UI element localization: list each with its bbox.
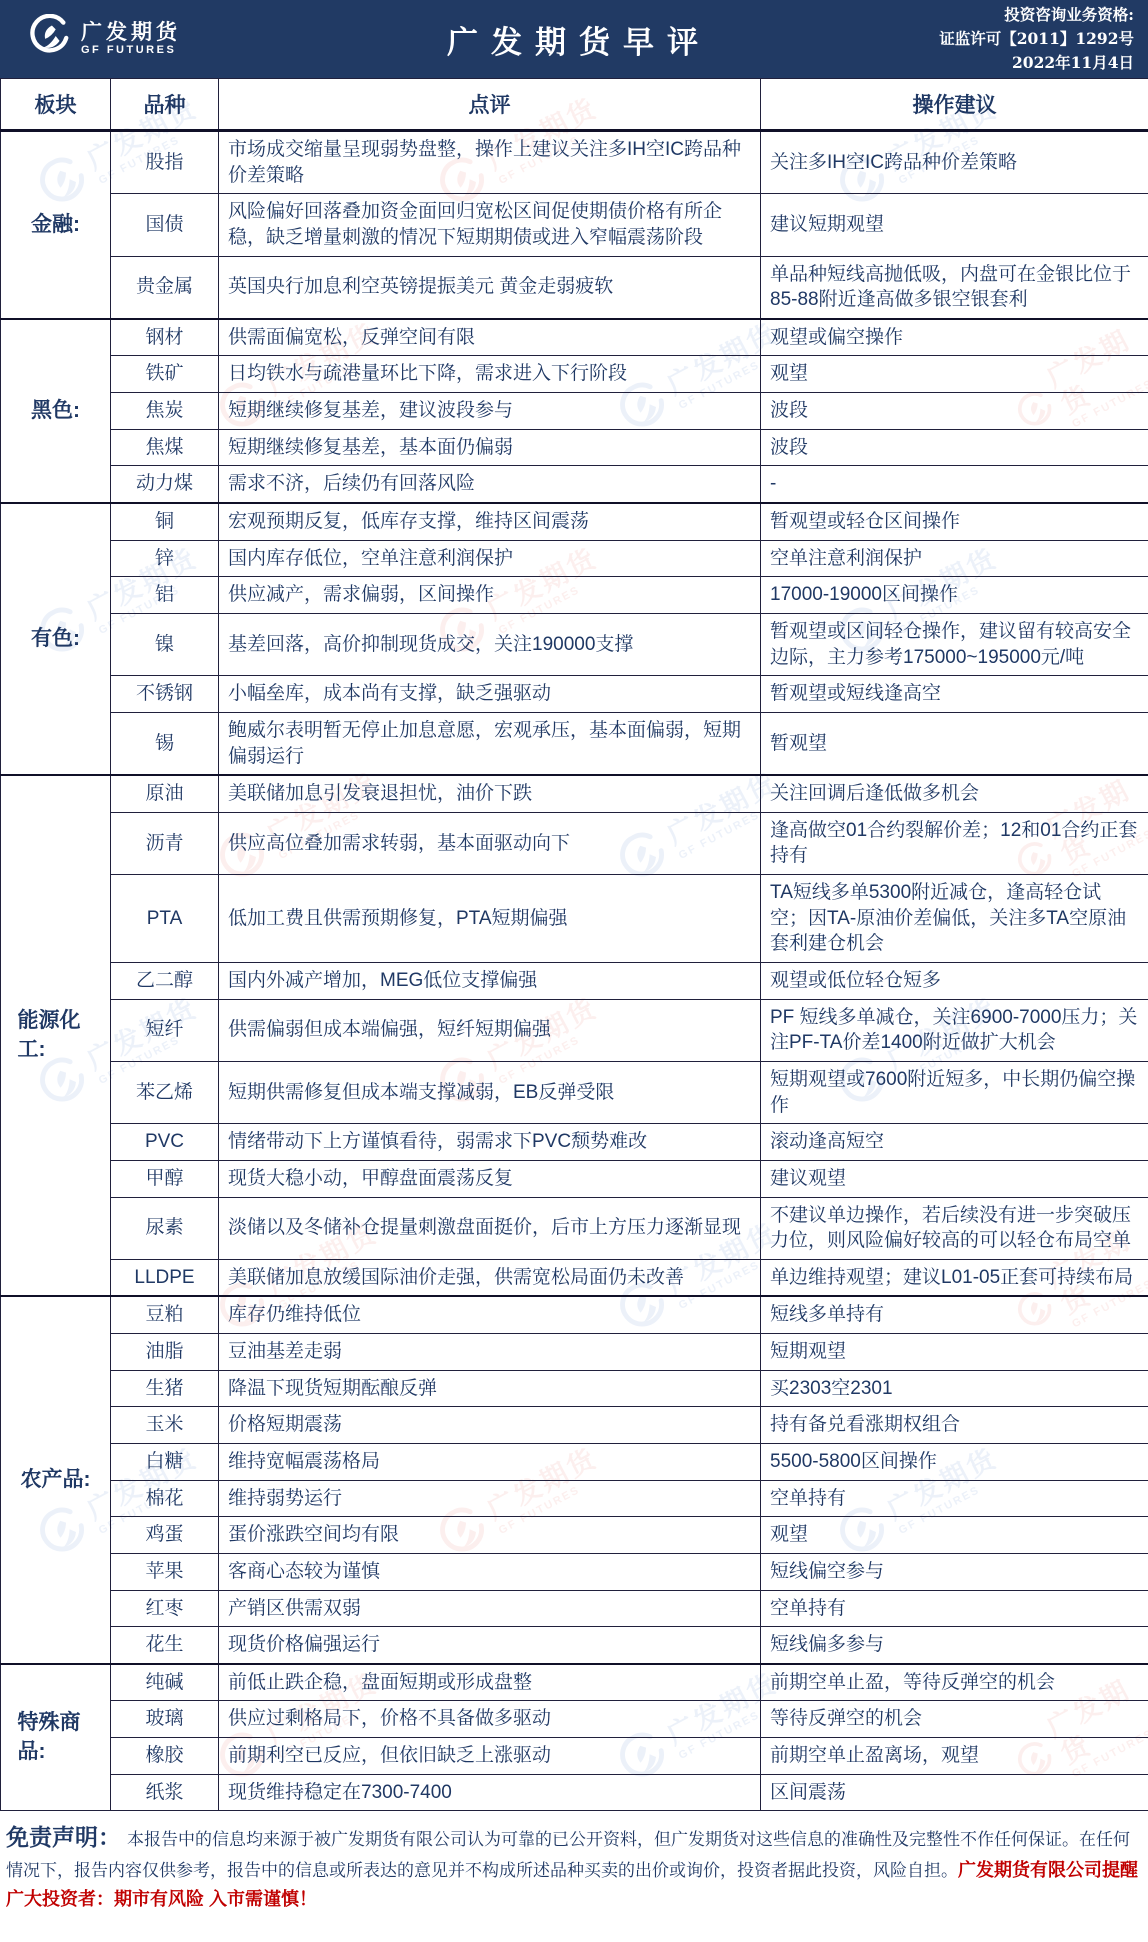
column-header-advice: 操作建议 [761, 79, 1148, 131]
advice-cell: 前期空单止盈离场，观望 [761, 1738, 1148, 1775]
comment-cell: 情绪带动下上方谨慎看待，弱需求下PVC颓势难改 [219, 1124, 761, 1161]
variety-cell: 鸡蛋 [111, 1517, 219, 1554]
variety-cell: 动力煤 [111, 466, 219, 503]
comment-cell: 客商心态较为谨慎 [219, 1553, 761, 1590]
table-row: 铝供应减产，需求偏弱，区间操作17000-19000区间操作 [1, 577, 1148, 614]
variety-cell: 纯碱 [111, 1664, 219, 1701]
advice-cell: 等待反弹空的机会 [761, 1701, 1148, 1738]
variety-cell: 不锈钢 [111, 676, 219, 713]
comment-cell: 需求不济，后续仍有回落风险 [219, 466, 761, 503]
advice-cell: TA短线多单5300附近减仓，逢高轻仓试空；因TA-原油价差偏低，关注多TA空原… [761, 875, 1148, 963]
advice-cell: 单品种短线高抛低吸，内盘可在金银比位于85-88附近逢高做多银空银套利 [761, 256, 1148, 319]
variety-cell: 股指 [111, 131, 219, 194]
variety-cell: 锌 [111, 540, 219, 577]
advice-cell: 5500-5800区间操作 [761, 1443, 1148, 1480]
variety-cell: 棉花 [111, 1480, 219, 1517]
variety-cell: 玉米 [111, 1407, 219, 1444]
comment-cell: 现货大稳小动，甲醇盘面震荡反复 [219, 1160, 761, 1197]
table-row: 镍基差回落，高价抑制现货成交，关注190000支撑暂观望或区间轻仓操作，建议留有… [1, 613, 1148, 675]
comment-cell: 豆油基差走弱 [219, 1334, 761, 1371]
brand-text: 广发期货 GF FUTURES [81, 21, 181, 57]
comment-cell: 美联储加息引发衰退担忧，油价下跌 [219, 775, 761, 812]
table-row: 沥青供应高位叠加需求转弱，基本面驱动向下逢高做空01合约裂解价差；12和01合约… [1, 812, 1148, 874]
variety-cell: 油脂 [111, 1334, 219, 1371]
table-row: 乙二醇国内外减产增加，MEG低位支撑偏强观望或低位轻仓短多 [1, 963, 1148, 1000]
table-row: 黑色:钢材供需面偏宽松，反弹空间有限观望或偏空操作 [1, 319, 1148, 356]
report-table-body: 金融:股指市场成交缩量呈现弱势盘整，操作上建议关注多IH空IC跨品种价差策略关注… [1, 131, 1148, 1811]
table-header-row: 板块 品种 点评 操作建议 [1, 79, 1148, 131]
variety-cell: 玻璃 [111, 1701, 219, 1738]
advice-cell: PF 短线多单减仓，关注6900-7000压力；关注PF-TA价差1400附近做… [761, 999, 1148, 1061]
table-row: 白糖维持宽幅震荡格局5500-5800区间操作 [1, 1443, 1148, 1480]
table-row: 甲醇现货大稳小动，甲醇盘面震荡反复建议观望 [1, 1160, 1148, 1197]
variety-cell: 甲醇 [111, 1160, 219, 1197]
comment-cell: 现货维持稳定在7300-7400 [219, 1774, 761, 1811]
comment-cell: 降温下现货短期酝酿反弹 [219, 1370, 761, 1407]
comment-cell: 维持弱势运行 [219, 1480, 761, 1517]
table-row: 能源化工:原油美联储加息引发衰退担忧，油价下跌关注回调后逢低做多机会 [1, 775, 1148, 812]
variety-cell: 豆粕 [111, 1296, 219, 1333]
comment-cell: 短期继续修复基差，建议波段参与 [219, 393, 761, 430]
advice-cell: 空单持有 [761, 1480, 1148, 1517]
table-header: 板块 品种 点评 操作建议 [1, 79, 1148, 131]
page-title: 广发期货早评 [300, 17, 848, 62]
sector-label: 金融: [1, 131, 111, 319]
advice-cell: 观望 [761, 356, 1148, 393]
variety-cell: 沥青 [111, 812, 219, 874]
comment-cell: 风险偏好回落叠加资金面回归宽松区间促使期债价格有所企稳，缺乏增量刺激的情况下短期… [219, 194, 761, 256]
advice-cell: 买2303空2301 [761, 1370, 1148, 1407]
variety-cell: LLDPE [111, 1259, 219, 1296]
sector-label: 农产品: [1, 1296, 111, 1663]
comment-cell: 现货价格偏强运行 [219, 1627, 761, 1664]
disclaimer-section: 免责声明：本报告中的信息均来源于被广发期货有限公司认为可靠的已公开资料，但广发期… [0, 1811, 1148, 1927]
advice-cell: 空单注意利润保护 [761, 540, 1148, 577]
comment-cell: 库存仍维持低位 [219, 1296, 761, 1333]
table-row: 苯乙烯短期供需修复但成本端支撑减弱，EB反弹受限短期观望或7600附近短多，中长… [1, 1061, 1148, 1123]
advice-cell: 短期观望或7600附近短多，中长期仍偏空操作 [761, 1061, 1148, 1123]
report-table: 板块 品种 点评 操作建议 金融:股指市场成交缩量呈现弱势盘整，操作上建议关注多… [0, 78, 1148, 1811]
variety-cell: 乙二醇 [111, 963, 219, 1000]
column-header-comment: 点评 [219, 79, 761, 131]
top-banner: 广发期货 GF FUTURES 广发期货早评 投资咨询业务资格: 证监许可【20… [0, 0, 1148, 78]
variety-cell: 红枣 [111, 1590, 219, 1627]
variety-cell: 焦煤 [111, 429, 219, 466]
advice-cell: 短期观望 [761, 1334, 1148, 1371]
advice-cell: 空单持有 [761, 1590, 1148, 1627]
advice-cell: 关注回调后逢低做多机会 [761, 775, 1148, 812]
table-row: 不锈钢小幅垒库，成本尚有支撑，缺乏强驱动暂观望或短线逢高空 [1, 676, 1148, 713]
table-row: 焦煤短期继续修复基差，基本面仍偏弱波段 [1, 429, 1148, 466]
table-row: PVC情绪带动下上方谨慎看待，弱需求下PVC颓势难改滚动逢高短空 [1, 1124, 1148, 1161]
advice-cell: 单边维持观望；建议L01-05正套可持续布局 [761, 1259, 1148, 1296]
variety-cell: 锡 [111, 712, 219, 775]
comment-cell: 前期利空已反应，但依旧缺乏上涨驱动 [219, 1738, 761, 1775]
comment-cell: 蛋价涨跌空间均有限 [219, 1517, 761, 1554]
table-row: 花生现货价格偏强运行短线偏多参与 [1, 1627, 1148, 1664]
table-row: 锡鲍威尔表明暂无停止加息意愿，宏观承压，基本面偏弱，短期偏弱运行暂观望 [1, 712, 1148, 775]
table-row: 鸡蛋蛋价涨跌空间均有限观望 [1, 1517, 1148, 1554]
table-row: 短纤供需偏弱但成本端偏强，短纤短期偏强PF 短线多单减仓，关注6900-7000… [1, 999, 1148, 1061]
variety-cell: 钢材 [111, 319, 219, 356]
credential-block: 投资咨询业务资格: 证监许可【2011】1292号 2022年11月4日 [848, 3, 1148, 75]
sector-label: 特殊商品: [1, 1664, 111, 1811]
advice-cell: 短线多单持有 [761, 1296, 1148, 1333]
comment-cell: 美联储加息放缓国际油价走强，供需宽松局面仍未改善 [219, 1259, 761, 1296]
table-row: 生猪降温下现货短期酝酿反弹买2303空2301 [1, 1370, 1148, 1407]
comment-cell: 国内库存低位，空单注意利润保护 [219, 540, 761, 577]
disclaimer-heading: 免责声明： [6, 1824, 121, 1850]
credential-line2: 证监许可【2011】1292号 [848, 27, 1134, 51]
variety-cell: 纸浆 [111, 1774, 219, 1811]
advice-cell: 前期空单止盈，等待反弹空的机会 [761, 1664, 1148, 1701]
variety-cell: PTA [111, 875, 219, 963]
table-row: 橡胶前期利空已反应，但依旧缺乏上涨驱动前期空单止盈离场，观望 [1, 1738, 1148, 1775]
variety-cell: 铜 [111, 503, 219, 540]
variety-cell: 焦炭 [111, 393, 219, 430]
comment-cell: 英国央行加息利空英镑提振美元 黄金走弱疲软 [219, 256, 761, 319]
brand-block: 广发期货 GF FUTURES [0, 14, 300, 65]
variety-cell: 生猪 [111, 1370, 219, 1407]
table-row: 国债风险偏好回落叠加资金面回归宽松区间促使期债价格有所企稳，缺乏增量刺激的情况下… [1, 194, 1148, 256]
variety-cell: 贵金属 [111, 256, 219, 319]
comment-cell: 前低止跌企稳，盘面短期或形成盘整 [219, 1664, 761, 1701]
credential-line1: 投资咨询业务资格: [848, 3, 1134, 27]
comment-cell: 产销区供需双弱 [219, 1590, 761, 1627]
table-row: 纸浆现货维持稳定在7300-7400区间震荡 [1, 1774, 1148, 1811]
table-row: 红枣产销区供需双弱空单持有 [1, 1590, 1148, 1627]
sector-label: 能源化工: [1, 775, 111, 1296]
comment-cell: 供需偏弱但成本端偏强，短纤短期偏强 [219, 999, 761, 1061]
advice-cell: 短线偏多参与 [761, 1627, 1148, 1664]
advice-cell: 波段 [761, 393, 1148, 430]
table-row: 锌国内库存低位，空单注意利润保护空单注意利润保护 [1, 540, 1148, 577]
table-row: 动力煤需求不济，后续仍有回落风险- [1, 466, 1148, 503]
variety-cell: 花生 [111, 1627, 219, 1664]
comment-cell: 小幅垒库，成本尚有支撑，缺乏强驱动 [219, 676, 761, 713]
advice-cell: 波段 [761, 429, 1148, 466]
advice-cell: 暂观望或短线逢高空 [761, 676, 1148, 713]
table-row: 玻璃供应过剩格局下，价格不具备做多驱动等待反弹空的机会 [1, 1701, 1148, 1738]
table-row: 有色:铜宏观预期反复，低库存支撑，维持区间震荡暂观望或轻仓区间操作 [1, 503, 1148, 540]
advice-cell: 逢高做空01合约裂解价差；12和01合约正套持有 [761, 812, 1148, 874]
comment-cell: 国内外减产增加，MEG低位支撑偏强 [219, 963, 761, 1000]
variety-cell: 短纤 [111, 999, 219, 1061]
variety-cell: 苹果 [111, 1553, 219, 1590]
report-date: 2022年11月4日 [848, 51, 1134, 75]
brand-name-cn: 广发期货 [81, 21, 181, 44]
table-row: 焦炭短期继续修复基差，建议波段参与波段 [1, 393, 1148, 430]
comment-cell: 供应过剩格局下，价格不具备做多驱动 [219, 1701, 761, 1738]
advice-cell: 关注多IH空IC跨品种价差策略 [761, 131, 1148, 194]
comment-cell: 短期供需修复但成本端支撑减弱，EB反弹受限 [219, 1061, 761, 1123]
variety-cell: 尿素 [111, 1197, 219, 1259]
advice-cell: 暂观望 [761, 712, 1148, 775]
table-row: 玉米价格短期震荡持有备兑看涨期权组合 [1, 1407, 1148, 1444]
comment-cell: 供需面偏宽松，反弹空间有限 [219, 319, 761, 356]
advice-cell: 短线偏空参与 [761, 1553, 1148, 1590]
table-row: 棉花维持弱势运行空单持有 [1, 1480, 1148, 1517]
advice-cell: 建议短期观望 [761, 194, 1148, 256]
table-row: 农产品:豆粕库存仍维持低位短线多单持有 [1, 1296, 1148, 1333]
variety-cell: 铁矿 [111, 356, 219, 393]
advice-cell: - [761, 466, 1148, 503]
advice-cell: 暂观望或轻仓区间操作 [761, 503, 1148, 540]
variety-cell: 镍 [111, 613, 219, 675]
variety-cell: 白糖 [111, 1443, 219, 1480]
sector-label: 有色: [1, 503, 111, 775]
table-row: LLDPE美联储加息放缓国际油价走强，供需宽松局面仍未改善单边维持观望；建议L0… [1, 1259, 1148, 1296]
advice-cell: 观望或偏空操作 [761, 319, 1148, 356]
comment-cell: 鲍威尔表明暂无停止加息意愿，宏观承压，基本面偏弱，短期偏弱运行 [219, 712, 761, 775]
advice-cell: 观望或低位轻仓短多 [761, 963, 1148, 1000]
advice-cell: 持有备兑看涨期权组合 [761, 1407, 1148, 1444]
comment-cell: 基差回落，高价抑制现货成交，关注190000支撑 [219, 613, 761, 675]
variety-cell: 橡胶 [111, 1738, 219, 1775]
brand-name-en: GF FUTURES [81, 44, 181, 57]
comment-cell: 低加工费且供需预期修复，PTA短期偏强 [219, 875, 761, 963]
variety-cell: 原油 [111, 775, 219, 812]
column-header-variety: 品种 [111, 79, 219, 131]
variety-cell: 国债 [111, 194, 219, 256]
comment-cell: 淡储以及冬储补仓提量刺激盘面挺价，后市上方压力逐渐显现 [219, 1197, 761, 1259]
comment-cell: 供应高位叠加需求转弱，基本面驱动向下 [219, 812, 761, 874]
sector-label: 黑色: [1, 319, 111, 503]
column-header-sector: 板块 [1, 79, 111, 131]
gf-futures-logo-icon [26, 14, 72, 65]
table-row: 特殊商品:纯碱前低止跌企稳，盘面短期或形成盘整前期空单止盈，等待反弹空的机会 [1, 1664, 1148, 1701]
table-row: 贵金属英国央行加息利空英镑提振美元 黄金走弱疲软单品种短线高抛低吸，内盘可在金银… [1, 256, 1148, 319]
table-row: 金融:股指市场成交缩量呈现弱势盘整，操作上建议关注多IH空IC跨品种价差策略关注… [1, 131, 1148, 194]
comment-cell: 短期继续修复基差，基本面仍偏弱 [219, 429, 761, 466]
comment-cell: 供应减产，需求偏弱，区间操作 [219, 577, 761, 614]
advice-cell: 不建议单边操作，若后续没有进一步突破压力位，则风险偏好较高的可以轻仓布局空单 [761, 1197, 1148, 1259]
table-row: 铁矿日均铁水与疏港量环比下降，需求进入下行阶段观望 [1, 356, 1148, 393]
table-row: PTA低加工费且供需预期修复，PTA短期偏强TA短线多单5300附近减仓，逢高轻… [1, 875, 1148, 963]
comment-cell: 宏观预期反复，低库存支撑，维持区间震荡 [219, 503, 761, 540]
variety-cell: 铝 [111, 577, 219, 614]
advice-cell: 滚动逢高短空 [761, 1124, 1148, 1161]
comment-cell: 市场成交缩量呈现弱势盘整，操作上建议关注多IH空IC跨品种价差策略 [219, 131, 761, 194]
comment-cell: 日均铁水与疏港量环比下降，需求进入下行阶段 [219, 356, 761, 393]
comment-cell: 维持宽幅震荡格局 [219, 1443, 761, 1480]
table-row: 油脂豆油基差走弱短期观望 [1, 1334, 1148, 1371]
advice-cell: 观望 [761, 1517, 1148, 1554]
report-page: 广发期货GF FUTURES广发期货GF FUTURES广发期货GF FUTUR… [0, 0, 1148, 1942]
advice-cell: 区间震荡 [761, 1774, 1148, 1811]
comment-cell: 价格短期震荡 [219, 1407, 761, 1444]
advice-cell: 暂观望或区间轻仓操作，建议留有较高安全边际，主力参考175000~195000元… [761, 613, 1148, 675]
variety-cell: 苯乙烯 [111, 1061, 219, 1123]
table-row: 尿素淡储以及冬储补仓提量刺激盘面挺价，后市上方压力逐渐显现不建议单边操作，若后续… [1, 1197, 1148, 1259]
variety-cell: PVC [111, 1124, 219, 1161]
advice-cell: 建议观望 [761, 1160, 1148, 1197]
table-row: 苹果客商心态较为谨慎短线偏空参与 [1, 1553, 1148, 1590]
advice-cell: 17000-19000区间操作 [761, 577, 1148, 614]
